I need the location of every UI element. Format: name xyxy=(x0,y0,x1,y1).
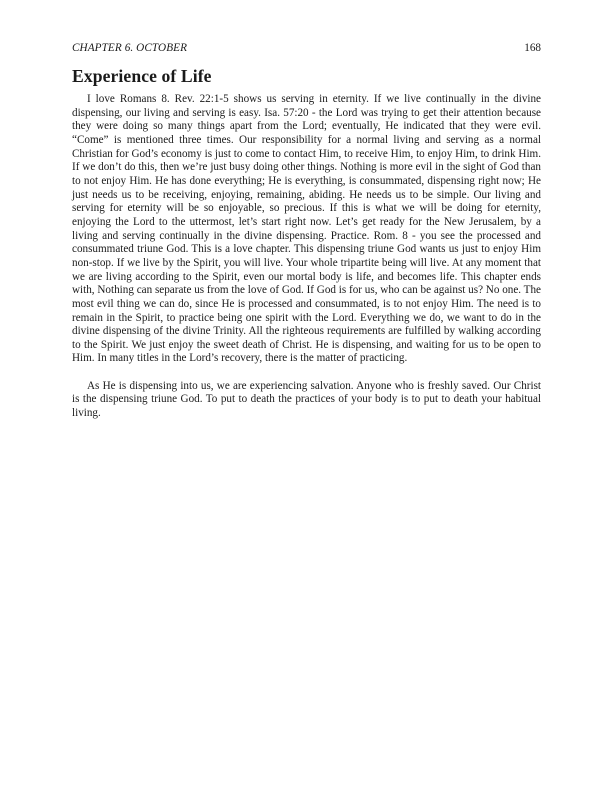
chapter-label: CHAPTER 6. OCTOBER xyxy=(72,42,187,54)
running-header: CHAPTER 6. OCTOBER 168 xyxy=(72,42,541,56)
section-title: Experience of Life xyxy=(72,66,212,87)
paragraph: As He is dispensing into us, we are expe… xyxy=(72,380,541,421)
page-number: 168 xyxy=(524,42,541,54)
body-text: I love Romans 8. Rev. 22:1-5 shows us se… xyxy=(72,93,541,421)
paragraph: I love Romans 8. Rev. 22:1-5 shows us se… xyxy=(72,93,541,366)
